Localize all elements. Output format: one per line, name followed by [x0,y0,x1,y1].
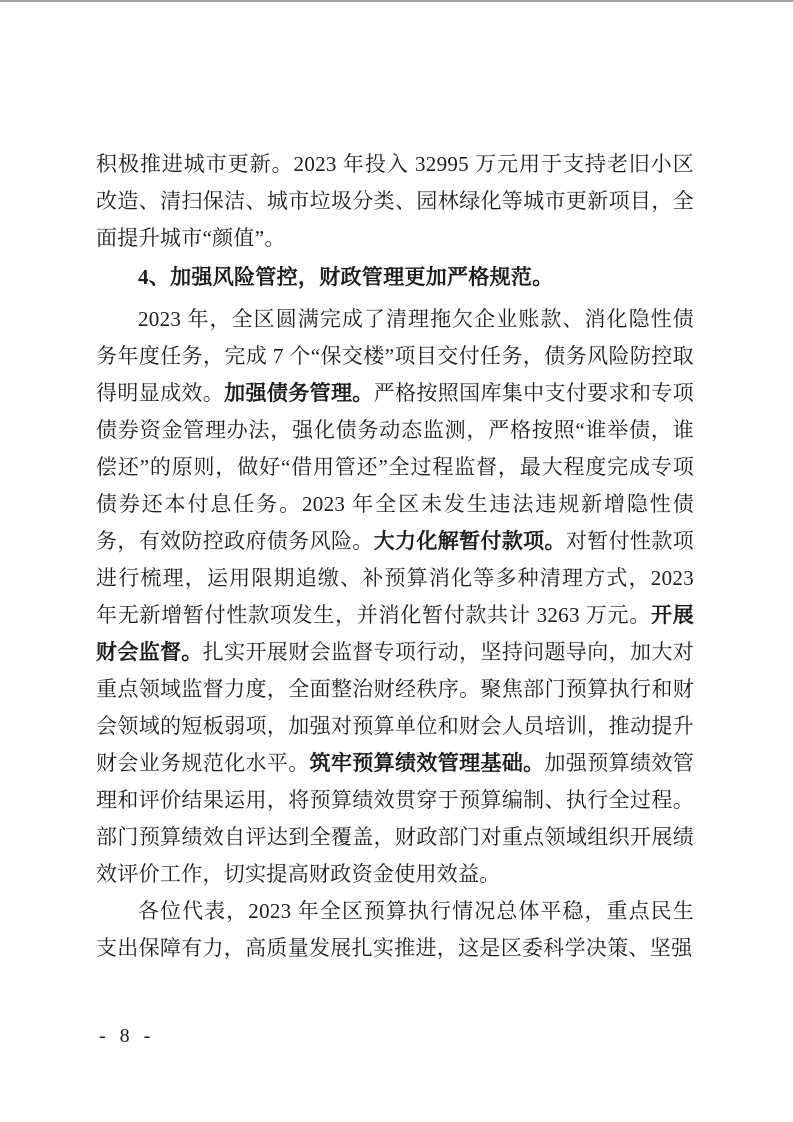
section-heading: 4、加强风险管控，财政管理更加严格规范。 [96,259,694,296]
text-run: 积极推进城市更新。2023 年投入 32995 万元用于支持老旧小区改造、清扫保… [96,152,694,250]
paragraph: 积极推进城市更新。2023 年投入 32995 万元用于支持老旧小区改造、清扫保… [96,146,694,257]
text-run: 各位代表，2023 年全区预算执行情况总体平稳，重点民生支出保障有力，高质量发展… [96,899,694,960]
bold-run: 大力化解暂付款项。 [374,529,566,553]
bold-run: 加强债务管理。 [224,381,374,405]
document-body: 积极推进城市更新。2023 年投入 32995 万元用于支持老旧小区改造、清扫保… [96,146,694,967]
paragraph: 各位代表，2023 年全区预算执行情况总体平稳，重点民生支出保障有力，高质量发展… [96,893,694,967]
bold-run: 4、加强风险管控，财政管理更加严格规范。 [138,265,554,289]
page-footer: - 8 - [99,1023,150,1049]
bold-run: 筑牢预算绩效管理基础。 [310,751,545,775]
document-page: 积极推进城市更新。2023 年投入 32995 万元用于支持老旧小区改造、清扫保… [0,0,793,1122]
page-number: - 8 - [99,1025,150,1047]
text-run: 严格按照国库集中支付要求和专项债券资金管理办法，强化债务动态监测，严格按照“谁举… [96,381,694,553]
paragraph: 2023 年，全区圆满完成了清理拖欠企业账款、消化隐性债务年度任务，完成 7 个… [96,301,694,893]
